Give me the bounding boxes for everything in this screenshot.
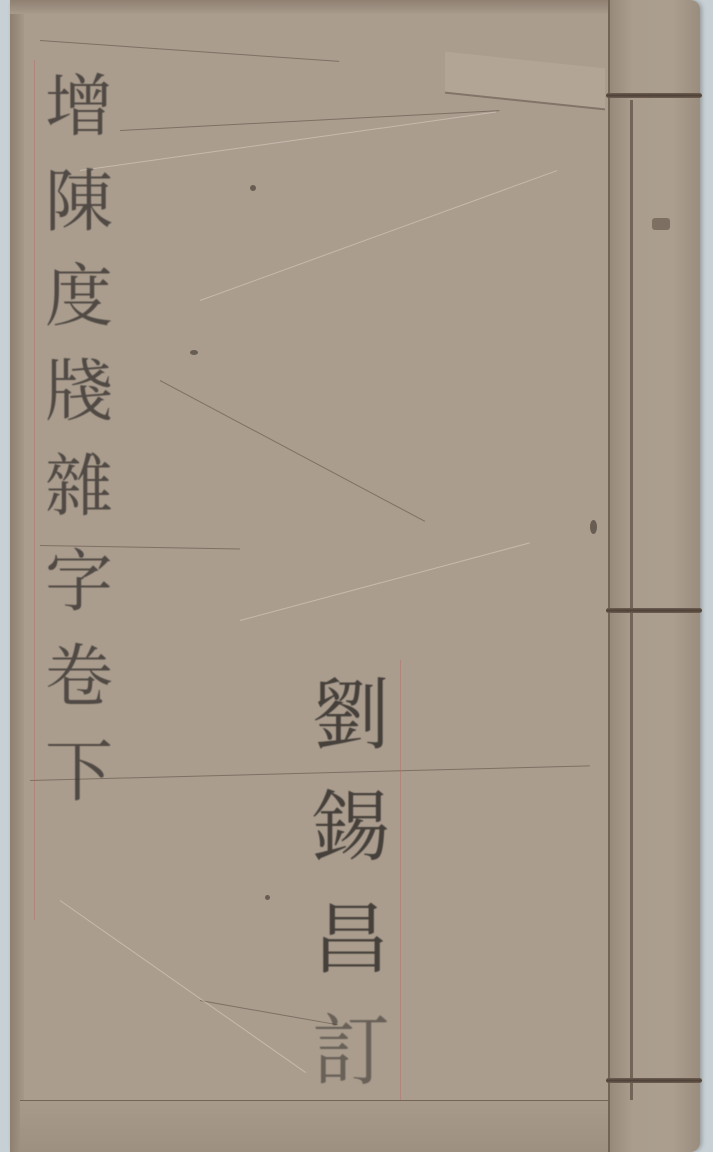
book-title: 增 陳 度 牋 雜 字 卷 下: [34, 60, 124, 820]
title-char: 牋: [45, 345, 113, 440]
title-char: 字: [45, 535, 113, 630]
stain-spot: [250, 185, 256, 191]
stain-spot: [265, 895, 270, 900]
torn-top-edge: [10, 0, 610, 14]
author-char: 劉: [312, 660, 390, 772]
spine-fold-line: [630, 100, 633, 1100]
cover-left-edge: [10, 0, 24, 1152]
title-char: 度: [45, 250, 113, 345]
author-char: 昌: [312, 884, 390, 996]
bottom-folded-edge: [20, 1100, 610, 1152]
author-char: 錫: [312, 772, 390, 884]
binding-thread: [606, 608, 702, 613]
stain-spot: [590, 520, 597, 534]
stain-spot: [190, 350, 198, 355]
title-char: 增: [45, 60, 113, 155]
binding-thread: [606, 93, 702, 98]
title-char: 卷: [45, 630, 113, 725]
binding-thread: [606, 1078, 702, 1083]
author-char: 訂: [312, 996, 390, 1108]
title-char: 下: [45, 725, 113, 820]
title-char: 雜: [45, 440, 113, 535]
spine-hole: [652, 218, 670, 230]
book-spine: [608, 0, 700, 1152]
author-inscription: 劉 錫 昌 訂: [296, 660, 406, 1108]
title-char: 陳: [45, 155, 113, 250]
